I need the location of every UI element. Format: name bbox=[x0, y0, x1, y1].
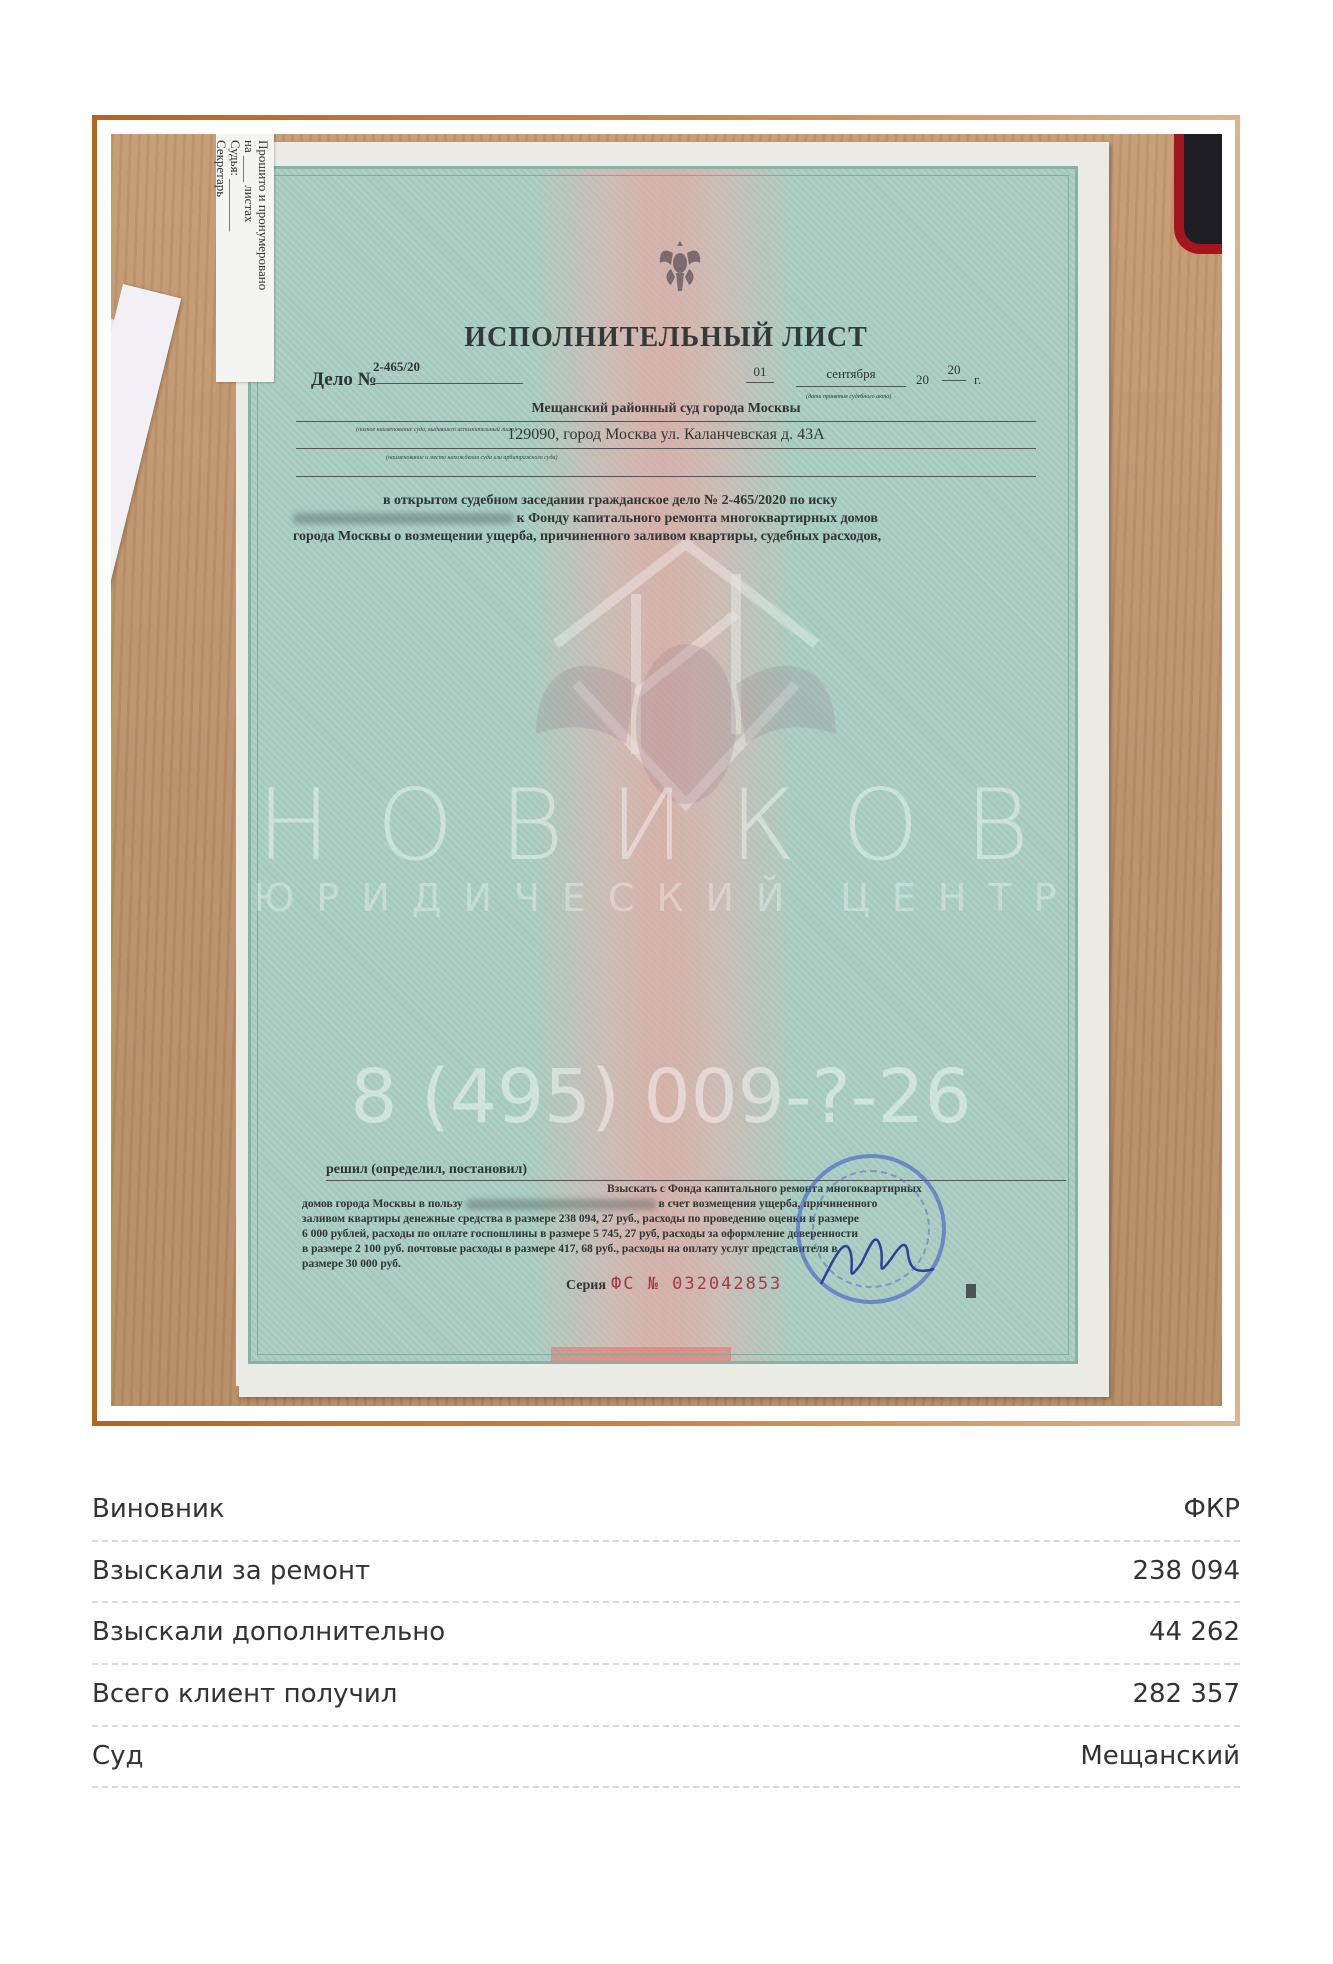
table-row: Всего клиент получил 282 357 bbox=[92, 1665, 1240, 1727]
document-content: ИСПОЛНИТЕЛЬНЫЙ ЛИСТ Дело № 2-465/20 01 с… bbox=[236, 154, 1096, 1386]
row-value: ФКР bbox=[1183, 1494, 1240, 1524]
watermark-brand: НОВИКОВ bbox=[226, 769, 1106, 883]
phone-case-object bbox=[1174, 134, 1222, 254]
writ-of-execution-paper: ИСПОЛНИТЕЛЬНЫЙ ЛИСТ Дело № 2-465/20 01 с… bbox=[236, 154, 1096, 1386]
series-number: ФС № 032042853 bbox=[611, 1274, 782, 1294]
binding-label-line: на ____ листах bbox=[242, 140, 256, 376]
row-label: Всего клиент получил bbox=[92, 1679, 397, 1709]
case-paragraph-text: к Фонду капитального ремонта многокварти… bbox=[517, 511, 878, 526]
binding-label-line: Судья: ________ bbox=[228, 140, 242, 376]
document-title: ИСПОЛНИТЕЛЬНЫЙ ЛИСТ bbox=[236, 322, 1096, 354]
row-value: 238 094 bbox=[1132, 1556, 1240, 1586]
table-row: Взыскали за ремонт 238 094 bbox=[92, 1542, 1240, 1604]
row-label: Взыскали за ремонт bbox=[92, 1556, 370, 1586]
series-label: Серия bbox=[566, 1278, 606, 1294]
date-month: сентября bbox=[796, 366, 906, 387]
date-caption: (дата принятия судебного акта) bbox=[806, 394, 891, 400]
binding-label-tab: Прошито и пронумеровано на ____ листах С… bbox=[216, 134, 274, 382]
row-label: Суд bbox=[92, 1741, 144, 1771]
blank-line bbox=[296, 476, 1036, 477]
case-summary-table: Виновник ФКР Взыскали за ремонт 238 094 … bbox=[92, 1480, 1240, 1788]
binding-label-line: Прошито и пронумеровано bbox=[256, 140, 270, 376]
case-number: 2-465/20 bbox=[373, 359, 523, 384]
case-paragraph-line: города Москвы о возмещении ущерба, причи… bbox=[293, 528, 1033, 545]
date-year-abbr: г. bbox=[974, 372, 981, 388]
table-row: Суд Мещанский bbox=[92, 1727, 1240, 1789]
corner-mark bbox=[966, 1284, 976, 1298]
binding-label-text: Прошито и пронумеровано на ____ листах С… bbox=[216, 134, 274, 382]
date-year-suffix: 20 bbox=[942, 362, 966, 381]
table-row: Виновник ФКР bbox=[92, 1480, 1240, 1542]
redacted-plaintiff-name bbox=[293, 513, 513, 524]
document-photo: ИСПОЛНИТЕЛЬНЫЙ ЛИСТ Дело № 2-465/20 01 с… bbox=[111, 134, 1222, 1406]
court-name: Мещанский районный суд города Москвы bbox=[296, 401, 1036, 422]
row-label: Взыскали дополнительно bbox=[92, 1617, 445, 1647]
coat-of-arms-icon bbox=[657, 239, 703, 293]
address-caption: (наименование и место нахождения суда ил… bbox=[386, 455, 557, 461]
signature-icon bbox=[816, 1224, 936, 1294]
row-label: Виновник bbox=[92, 1494, 225, 1524]
table-row: Взыскали дополнительно 44 262 bbox=[92, 1603, 1240, 1665]
decision-label: решил (определил, постановил) bbox=[326, 1162, 1066, 1181]
paper-sheet-background bbox=[111, 284, 181, 706]
decision-line-text: домов города Москвы в пользу bbox=[302, 1198, 463, 1210]
watermark-subtitle: ЮРИДИЧЕСКИЙ ЦЕНТР bbox=[226, 876, 1106, 920]
date-day: 01 bbox=[746, 364, 774, 383]
court-address: 129090, город Москва ул. Каланчевская д.… bbox=[296, 426, 1036, 449]
binding-label-line: Секретарь bbox=[214, 140, 228, 376]
redacted-recipient-name bbox=[466, 1199, 656, 1210]
row-value: 44 262 bbox=[1149, 1617, 1240, 1647]
row-value: Мещанский bbox=[1080, 1741, 1240, 1771]
case-paragraph-line: к Фонду капитального ремонта многокварти… bbox=[293, 510, 1033, 527]
case-paragraph-line: в открытом судебном заседании гражданско… bbox=[293, 492, 1123, 509]
watermark-phone: 8 (495) 009-?-26 bbox=[221, 1054, 1101, 1140]
case-label: Дело № bbox=[311, 369, 377, 391]
photo-frame: ИСПОЛНИТЕЛЬНЫЙ ЛИСТ Дело № 2-465/20 01 с… bbox=[92, 115, 1240, 1426]
date-year-prefix: 20 bbox=[916, 372, 929, 388]
row-value: 282 357 bbox=[1132, 1679, 1240, 1709]
